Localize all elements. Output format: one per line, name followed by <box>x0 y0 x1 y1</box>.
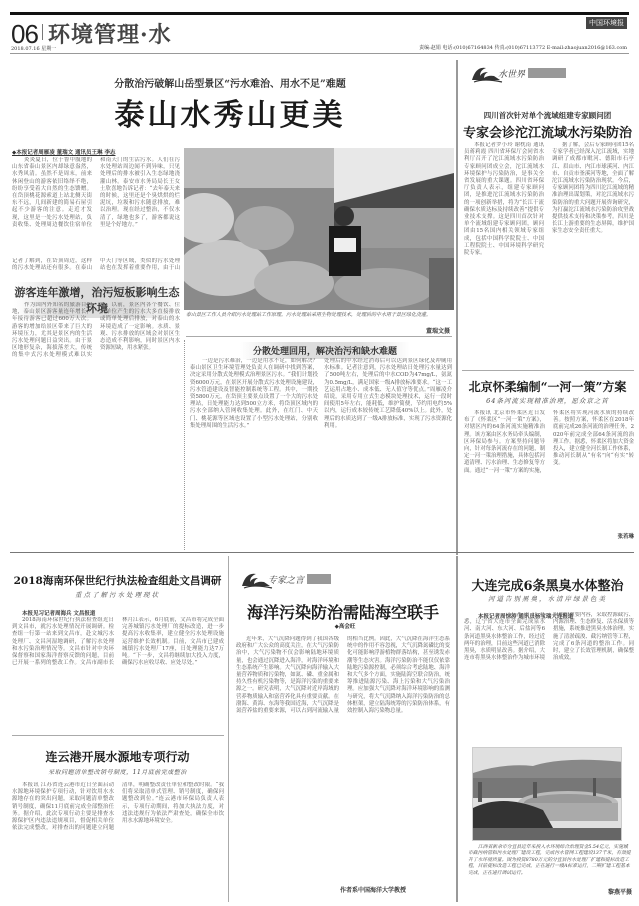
lower-left2-headline: 连云港开展水源地专项行动 <box>10 748 225 765</box>
right-top-body-b: 据了解，会后专家顾问团15名专家学者已经深入沱江流域，实地调研了成都市毗河、德阳… <box>552 142 634 357</box>
lead-byline: ◆本报记者周雁凌 董瑞文 通讯员王琳 李志 <box>12 148 115 156</box>
lower-right-photo <box>472 747 622 841</box>
right-top-kicker: 四川首次针对单个流域组建专家顾问团 <box>460 110 635 121</box>
lead-body-section-2a: 一边是污水难治，一边是用水不足，如何解决？泰山景区卫生环境管理处负责人在调研中找… <box>190 358 318 548</box>
opinion-body: 近年来，大气沉降问题得到了我国各级政府和广大公众的高度关注，在大气污染防治中，大… <box>236 636 450 876</box>
lower-left2-subhead: 采取问题清单整改销号制度，11月底前完成整治 <box>10 767 225 776</box>
column-divider-lower-2 <box>456 556 458 902</box>
lead-dotted-divider <box>184 340 185 550</box>
column-divider-lower-1 <box>228 556 229 902</box>
opinion-author-note: 作者系中国海洋大学教授 <box>340 885 406 894</box>
lower-right-photo-caption: 江西省新余市分宜县近年来投入水环境综合治理资金5.54亿元，实施城市截污纳管和污… <box>468 845 632 877</box>
lower-left-subhead: 重点了解污水处理现状 <box>10 590 225 599</box>
lead-photo-credit: 董瑞文摄 <box>390 326 450 335</box>
lower-left-body: 2018海南环保世纪行执法检查组近日到文昌市，就污水处理情况开展调研。检查组一行… <box>12 617 224 729</box>
lead-body-section-1: 作为国内外知名的旅游目的地，泰山景区游客量连年增长，年接待游客已超过600万人次… <box>12 302 180 547</box>
opinion-byline: ◆高会旺 <box>320 622 370 630</box>
lead-photo-caption: 泰山景区工作人员介绍污水处理站工作原理。污水处理站采用生物处理技术，处理后的中水… <box>186 312 452 319</box>
lower-right-body: 记者近日获悉，辽宁省大连市全面完成泉水河、南大河、东大河、后盐河等6条河道黑臭水… <box>464 612 634 734</box>
lead-body-section-2b: 处理后的中水经过消毒后可以达到景区绿化及冲厕用水标准。记者注意到，污水处理站日处… <box>324 358 452 548</box>
right-top-headline: 专家会诊沱江流域水污染防治 <box>460 122 635 141</box>
lower-left-headline: 2018海南环保世纪行执法检查组赴文昌调研 <box>10 573 225 588</box>
header-top-rule <box>10 12 629 15</box>
lower-right-headline: 大连完成6条黑臭水体整治 <box>460 575 635 594</box>
treatment-plant-image <box>473 748 622 841</box>
column-tag-bar <box>307 574 331 584</box>
header-bottom-rule <box>10 53 629 54</box>
right-top-body-a: 本报记者罗小玲 谢枕南 通讯员蒋莉霞 四川省环保厅会同省水利厅召开了沱江流域水污… <box>464 142 544 357</box>
issue-date: 2018.07.16 星期一 <box>11 45 56 52</box>
editor-contact: 责编:赵娟 电话:(010)67164834 传真:(010)67113772 … <box>419 44 627 51</box>
column-logo-water-world: 水世界 <box>470 62 566 84</box>
column-logo-expert-words: 专家之言 <box>240 568 331 590</box>
lead-section-heading-2: 分散处理回用，解决治污和缺水难题 <box>240 342 410 359</box>
lower-left-byline: 本报见习记者周海兵 文昌报道 <box>22 609 95 617</box>
lead-photo <box>184 148 454 310</box>
column-tag: 水世界 <box>498 67 525 80</box>
right-mid-headline: 北京怀柔编制“一河一策”方案 <box>460 378 635 395</box>
column-tag-bar <box>528 68 566 78</box>
lower-left-rule <box>12 735 224 736</box>
lead-body-intro-cont: 记者了解到，在岱顶周边，这样的污水处理站还有很多。在泰山中天门等区域，类似的污水… <box>12 258 180 276</box>
right-mid-subhead: 64条河流实现精准治理，愿众京之首 <box>460 396 635 405</box>
opinion-headline: 海洋污染防治需陆海空联手 <box>232 600 454 623</box>
right-mid-credit: 张若琳 <box>580 532 634 540</box>
lower-right-subhead: 河道告别黑臭，水清岸绿景色美 <box>460 594 635 603</box>
page-number-separator <box>42 24 43 40</box>
lead-photo-image <box>184 148 454 310</box>
lead-body-intro: 炎炎夏日，位于鲁中腹地的山东省泰山景区内却绿意盎然，水秀风清。虽然不是周末，前来… <box>12 157 180 257</box>
paper-name-badge: 中国环境报 <box>586 17 627 29</box>
section-title: 环境管理·水 <box>48 18 172 49</box>
column-tag: 专家之言 <box>268 573 304 586</box>
right-top-rule <box>462 370 634 371</box>
lead-kicker: 分散治污破解山岳型景区“污水难治、用水不足”难题 <box>10 75 450 90</box>
page-mid-rule <box>10 552 634 553</box>
right-mid-body: 本报讯 北京市怀柔区近日发布了《怀柔区“一河一策”方案》，对辖区内的64条河流实… <box>464 410 634 528</box>
column-divider-right <box>456 60 458 555</box>
lower-left2-body: 本报讯 江苏省连云港市近日全面启动水源地环境保护专项行动，针对饮用水水源地存在的… <box>12 782 224 900</box>
lead-photo-rule <box>186 336 452 337</box>
lower-right-photo-credit: 黎燕平摄 <box>580 887 632 896</box>
lead-headline: 泰山水秀山更美 <box>10 90 450 134</box>
